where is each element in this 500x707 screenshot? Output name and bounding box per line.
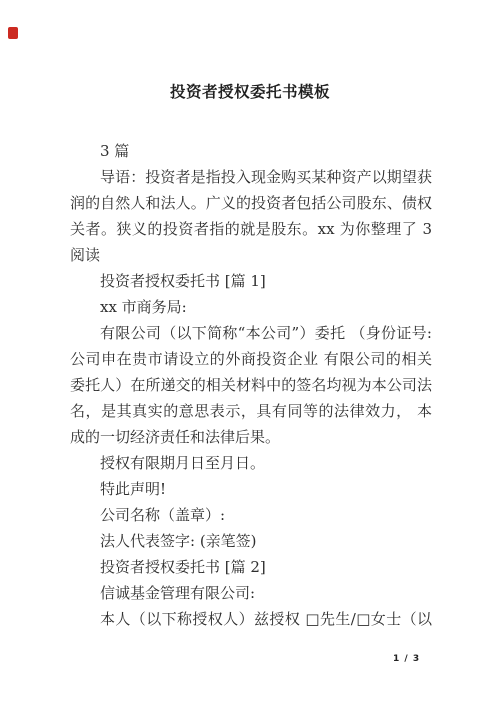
text-line: 成的一切经济责任和法律后果。 [70, 424, 432, 450]
text-line: 公司申在贵市请设立的外商投资企业 有限公司的相关事宜， （受 [70, 346, 432, 372]
red-corner-mark-icon [8, 27, 18, 39]
text-line: 名，是其真实的意思表示，具有同等的法律效力， 本公司承担所造 [70, 398, 432, 424]
document-body: 3 篇导语：投资者是指投入现金购买某种资产以期望获取利益或利润的自然人和法人。广… [70, 138, 432, 632]
document-page: 投资者授权委托书模板 3 篇导语：投资者是指投入现金购买某种资产以期望获取利益或… [0, 0, 500, 707]
text-line: 3 篇 [70, 138, 432, 164]
text-line: 委托人）在所递交的相关材料中的签名均视为本公司法人的亲笔签 [70, 372, 432, 398]
text-line: 本人（以下称授权人）兹授权 □先生/□女士（以下称被授权 [70, 606, 432, 632]
text-line: xx 市商务局: [70, 294, 432, 320]
text-line: 法人代表签字: (亲笔签) [70, 528, 432, 554]
text-line: 信诚基金管理有限公司: [70, 580, 432, 606]
document-title: 投资者授权委托书模板 [0, 80, 500, 102]
text-line: 有限公司（以下简称“本公司”）委托 （身份证号: ）办理本 [70, 320, 432, 346]
text-line: 投资者授权委托书 [篇 1] [70, 268, 432, 294]
text-line: 公司名称（盖章）: [70, 502, 432, 528]
text-line: 授权有限期月日至月日。 [70, 450, 432, 476]
page-number: 1 / 3 [393, 654, 420, 664]
text-line: 导语：投资者是指投入现金购买某种资产以期望获取利益或利 [70, 164, 432, 190]
text-line: 阅读 [70, 242, 432, 268]
text-line: 特此声明! [70, 476, 432, 502]
text-line: 润的自然人和法人。广义的投资者包括公司股东、债权人和利益相 [70, 190, 432, 216]
text-line: 关者。狭义的投资者指的就是股东。xx 为你整理了 3 篇，欢迎大家 [70, 216, 432, 242]
text-line: 投资者授权委托书 [篇 2] [70, 554, 432, 580]
